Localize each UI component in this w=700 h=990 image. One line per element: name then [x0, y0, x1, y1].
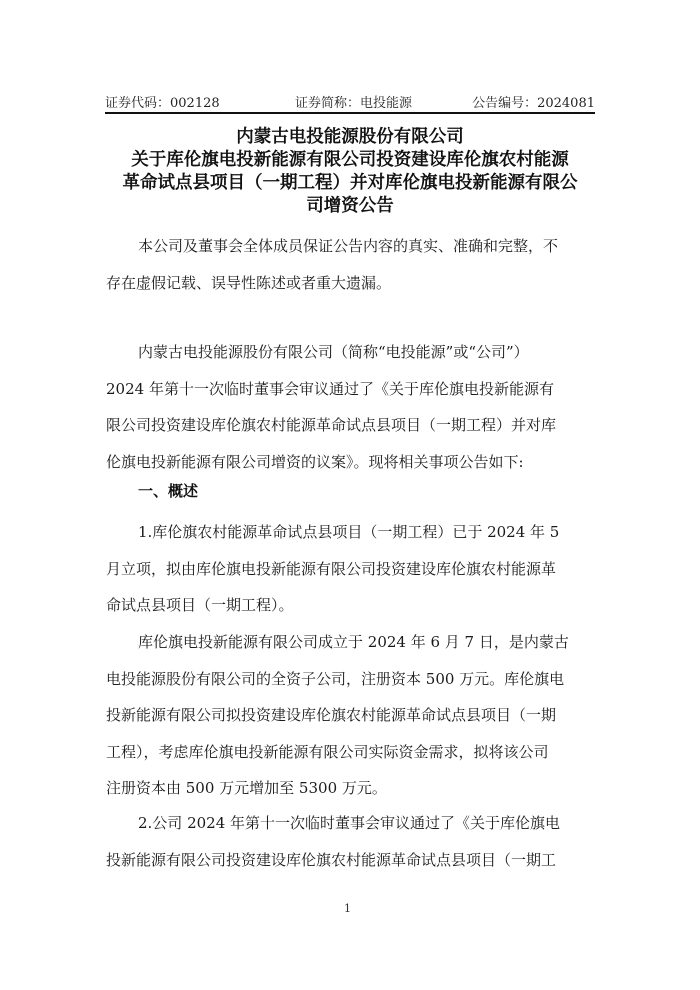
- paragraph-line: 内蒙古电投能源股份有限公司（简称“电投能源”或“公司”）: [106, 334, 596, 371]
- paragraph-line: 投新能源有限公司拟投资建设库伦旗农村能源革命试点县项目（一期: [106, 697, 596, 734]
- page-number: 1: [344, 902, 351, 915]
- stock-code: 证券代码：002128: [105, 92, 220, 111]
- paragraph-line: 存在虚假记载、误导性陈述或者重大遗漏。: [106, 265, 596, 302]
- paragraph-line: 工程），考虑库伦旗电投新能源有限公司实际资金需求，拟将该公司: [106, 734, 596, 771]
- paragraph-line: 注册资本由 500 万元增加至 5300 万元。: [106, 770, 596, 807]
- section-heading-overview: 一、概述: [138, 480, 198, 501]
- statement-paragraph: 本公司及董事会全体成员保证公告内容的真实、准确和完整，不 存在虚假记载、误导性陈…: [106, 228, 596, 301]
- paragraph-line: 本公司及董事会全体成员保证公告内容的真实、准确和完整，不: [106, 228, 596, 265]
- intro-paragraph: 内蒙古电投能源股份有限公司（简称“电投能源”或“公司”） 2024 年第十一次临…: [106, 334, 596, 480]
- item1-paragraph: 1.库伦旗农村能源革命试点县项目（一期工程）已于 2024 年 5 月立项，拟由…: [106, 514, 596, 624]
- paragraph-line: 命试点县项目（一期工程）。: [106, 587, 596, 624]
- stock-abbreviation: 证券简称：电投能源: [295, 92, 412, 111]
- title-line: 司增资公告: [95, 195, 605, 218]
- paragraph-line: 限公司投资建设库伦旗农村能源革命试点县项目（一期工程）并对库: [106, 407, 596, 444]
- paragraph-line: 电投能源股份有限公司的全资子公司，注册资本 500 万元。库伦旗电: [106, 661, 596, 698]
- paragraph-line: 库伦旗电投新能源有限公司成立于 2024 年 6 月 7 日，是内蒙古: [106, 624, 596, 661]
- paragraph-line: 2.公司 2024 年第十一次临时董事会审议通过了《关于库伦旗电: [106, 805, 596, 842]
- paragraph-line: 2024 年第十一次临时董事会审议通过了《关于库伦旗电投新能源有: [106, 371, 596, 408]
- document-title: 内蒙古电投能源股份有限公司 关于库伦旗电投新能源有限公司投资建设库伦旗农村能源 …: [95, 126, 605, 218]
- paragraph-line: 伦旗电投新能源有限公司增资的议案》。现将相关事项公告如下:: [106, 444, 596, 481]
- title-line: 内蒙古电投能源股份有限公司: [95, 126, 605, 149]
- announcement-number: 公告编号：2024081: [472, 92, 595, 111]
- title-line: 关于库伦旗电投新能源有限公司投资建设库伦旗农村能源: [95, 149, 605, 172]
- paragraph-line: 月立项，拟由库伦旗电投新能源有限公司投资建设库伦旗农村能源革: [106, 551, 596, 588]
- item2-paragraph: 2.公司 2024 年第十一次临时董事会审议通过了《关于库伦旗电 投新能源有限公…: [106, 805, 596, 878]
- item1-detail-paragraph: 库伦旗电投新能源有限公司成立于 2024 年 6 月 7 日，是内蒙古 电投能源…: [106, 624, 596, 807]
- title-line: 革命试点县项目（一期工程）并对库伦旗电投新能源有限公: [95, 172, 605, 195]
- paragraph-line: 1.库伦旗农村能源革命试点县项目（一期工程）已于 2024 年 5: [106, 514, 596, 551]
- paragraph-line: 投新能源有限公司投资建设库伦旗农村能源革命试点县项目（一期工: [106, 842, 596, 879]
- document-header: 证券代码：002128 证券简称：电投能源 公告编号：2024081: [105, 90, 595, 114]
